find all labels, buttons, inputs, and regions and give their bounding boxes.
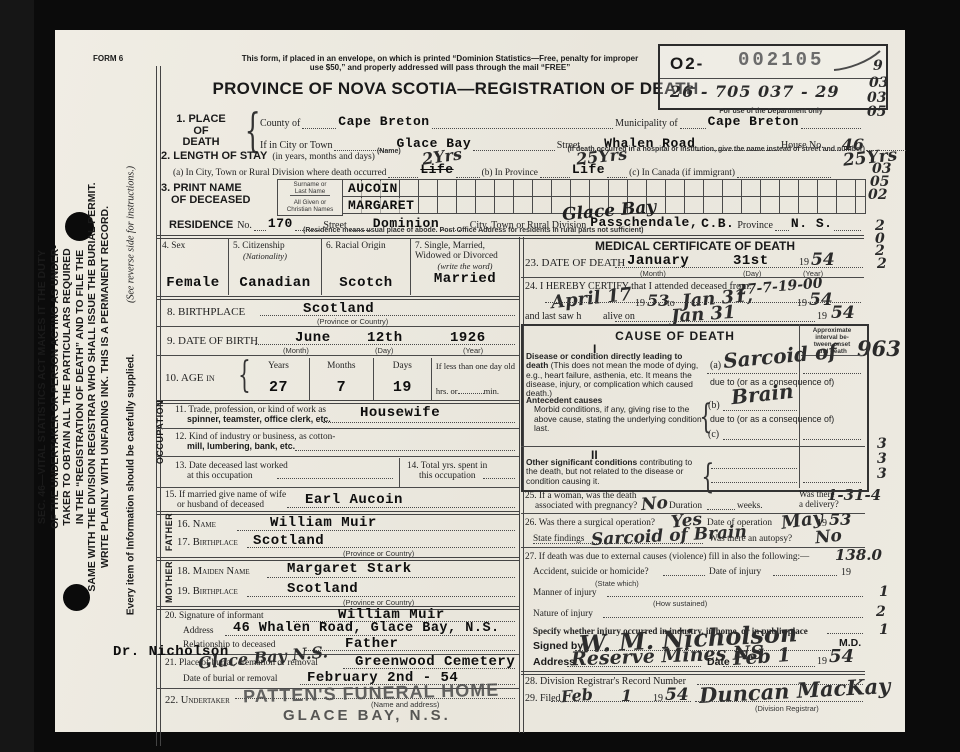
residence-no-label: No.: [237, 220, 252, 231]
certify-pre2: 19: [797, 298, 807, 309]
age-less1: If less than one day old: [436, 361, 515, 371]
age-days-caption: Days: [393, 361, 412, 371]
form-title: PROVINCE OF NOVA SCOTIA—REGISTRATION OF …: [183, 79, 728, 99]
rule: [156, 326, 519, 327]
scanned-death-registration: FORM 6 SEC. 46—VITAL STATISTICS ACT MAKE…: [0, 0, 960, 752]
surname-value: AUCOIN: [348, 181, 398, 196]
sex-label: 4. Sex: [162, 241, 224, 251]
cause-a-label: (a): [710, 360, 721, 371]
statute-line: SEC. 46—VITAL STATISTICS ACT MAKES IT TH…: [36, 127, 49, 647]
sex-value: Female: [166, 275, 219, 291]
city-name-caption: (Name): [377, 148, 401, 155]
citizenship-value: Canadian: [239, 275, 310, 291]
county-label: County of: [260, 118, 300, 129]
residence-cb-value: C.B.: [701, 216, 734, 231]
filed-day-hand: 1: [621, 686, 632, 705]
statute-line: WRITE PLAINLY WITH UNFADING INK. THIS IS…: [99, 127, 112, 647]
margin-code: 1: [879, 622, 889, 638]
filed-year-hand: 54: [665, 685, 689, 705]
age-months-value: 7: [337, 379, 347, 396]
doctor-margin-note: Dr. Nicholson: [113, 644, 229, 660]
birthplace-label: 8. BIRTHPLACE: [167, 306, 245, 318]
accident-label: Accident, suicide or homicide?: [533, 567, 649, 577]
age-months-cell: Months 7: [310, 358, 374, 400]
medical-certificate-heading: MEDICAL CERTIFICATE OF DEATH: [575, 239, 815, 253]
age-lessday-cell: If less than one day old hrs. ormin.: [432, 358, 519, 400]
division-registrar-caption: (Division Registrar): [755, 704, 819, 713]
signed-year-pre: 19: [817, 656, 827, 667]
residence-no-value: 170: [268, 216, 293, 231]
cause-heading: CAUSE OF DEATH: [555, 329, 795, 343]
father-group-label: FATHER: [164, 504, 176, 560]
margin-code: 3: [877, 436, 887, 452]
county-value: Cape Breton: [338, 114, 429, 129]
spouse-label2: or husband of deceased: [177, 500, 264, 510]
rule: [156, 400, 519, 404]
margin-code: 138.0: [835, 546, 882, 564]
marital-value: Married: [434, 271, 496, 287]
cause-due2-label: due to (or as a consequence of): [710, 414, 834, 424]
print-name-l1: 3. PRINT NAME: [161, 182, 250, 194]
supplied-note: Every item of Information should be care…: [126, 354, 137, 615]
statute-line: TAKER TO OBTAIN ALL THE PARTICULARS REQU…: [61, 127, 74, 647]
spouse-label1: 15. If married give name of wife: [165, 490, 286, 500]
injury-date-pre: 19: [841, 567, 851, 578]
vitals-row: 4. Sex Female 5. Citizenship (Nationalit…: [158, 238, 519, 295]
print-name-l2: OF DECEASED: [161, 194, 250, 206]
certify-pre3: 19: [817, 311, 827, 322]
registrar-signature: Duncan MacKay: [698, 673, 890, 708]
department-box: O2- 002105 26 - 705 037 - 29: [658, 44, 888, 110]
cause-c-label: (c): [708, 429, 719, 440]
occ14-label1: 14. Total yrs. spent in: [407, 461, 487, 471]
birthplace-caption: (Province or Country): [317, 317, 388, 326]
department-file-number: 26 - 705 037 - 29: [670, 82, 839, 101]
racial-origin-label: 6. Racial Origin: [326, 241, 406, 251]
certify-last-year: 54: [831, 303, 855, 323]
serial-number: 002105: [738, 49, 824, 71]
citizenship-sub: (Nationality): [233, 251, 317, 261]
autopsy-value: No: [814, 526, 843, 549]
sex-cell: 4. Sex Female: [158, 238, 229, 295]
occ13-label2: at this occupation: [187, 471, 253, 481]
dob-year-caption: (Year): [463, 346, 483, 355]
rule: [156, 296, 519, 300]
dod-label: 23. DATE OF DEATH: [525, 257, 625, 269]
state-which-caption: (State which): [595, 579, 639, 588]
print-name-label: 3. PRINT NAME OF DECEASED: [161, 182, 250, 206]
mother-group-label: MOTHER: [164, 554, 176, 610]
rule: [156, 456, 519, 457]
surname-comb-row: [342, 179, 866, 197]
rule: [521, 446, 865, 447]
marital-label1: 7. Single, Married,: [415, 241, 515, 251]
place-county-row: County of Cape Breton Municipality of Ca…: [260, 114, 863, 129]
autopsy-label: Was there an autopsy?: [709, 534, 792, 544]
stay-a-value: Life 2Yrs: [420, 160, 453, 178]
margin-code: 1: [879, 584, 889, 600]
age-months-caption: Months: [327, 361, 355, 371]
place-of-death-label: 1. PLACE OF DEATH: [161, 114, 241, 149]
disease-rest: (This does not mean the mode of dying, e…: [526, 360, 698, 398]
occ14-label2: this occupation: [419, 471, 476, 481]
stay-b-value: Life 25Yrs: [572, 160, 605, 178]
how-sustained-caption: (How sustained): [653, 599, 707, 608]
rule: [156, 355, 519, 356]
cause-b-label: (b): [708, 400, 720, 411]
occupation-group-label: OCCUPATION: [155, 390, 167, 474]
stay-b-label: (b) In Province: [482, 168, 538, 178]
age-years-cell: Years 27: [248, 358, 310, 400]
rule: [521, 671, 865, 675]
mailing-notice-line2: use $50,” and properly addressed will pa…: [205, 63, 675, 72]
residence-province-label: Province: [737, 220, 773, 231]
age-years-caption: Years: [268, 361, 289, 371]
filed-month-hand: Feb: [560, 685, 593, 707]
rule: [521, 547, 865, 548]
racial-origin-value: Scotch: [339, 275, 392, 291]
pregnancy-label1: 25. If a woman, was the death: [525, 491, 637, 501]
stay-a-label: (a) In City, Town or Rural Division wher…: [173, 168, 386, 178]
occ12-label2: mill, lumbering, bank, etc.: [187, 441, 295, 451]
form-number: FORM 6: [93, 54, 123, 63]
undertaker-stamp: PATTEN'S FUNERAL HOME: [243, 680, 500, 708]
mother-name-label: 18. Maiden Name: [177, 566, 250, 577]
age-cells: Years 27 Months 7 Days 19 If less than o…: [248, 358, 519, 400]
stay-c-label: (c) In Canada (if immigrant): [629, 168, 735, 178]
filed-year-pre: 19: [653, 693, 663, 704]
dob-day-caption: (Day): [375, 346, 393, 355]
spouse-value: Earl Aucoin: [305, 492, 403, 508]
marital-label2: Widowed or Divorced: [415, 251, 515, 261]
place-brace: {: [245, 107, 261, 153]
age-days-value: 19: [393, 379, 412, 396]
age-years-value: 27: [269, 379, 288, 396]
disease-description: Disease or condition directly leading to…: [526, 352, 706, 398]
surname-caption: Surname or Last Name: [278, 181, 342, 196]
occ13-14-divider: [399, 458, 400, 487]
statute-line: OF THE UNDERTAKER OR PERSON ACTING AS UN…: [49, 127, 62, 647]
informant-label: 20. Signature of informant: [165, 611, 264, 621]
father-name-value: William Muir: [270, 515, 377, 531]
certify-to-year: 54: [809, 290, 833, 310]
father-name-label: 16. Name: [177, 519, 216, 530]
stay-row: (a) In City, Town or Rural Division wher…: [173, 160, 833, 178]
margin-code: 2: [876, 604, 886, 620]
manner-label: Manner of injury: [533, 588, 597, 598]
margin-code: 3: [877, 451, 887, 467]
certify-last1: and last saw h: [525, 311, 581, 322]
informant-address-value: 46 Whalen Road, Glace Bay, N.S.: [233, 621, 500, 636]
informant-address-label: Address: [183, 626, 213, 636]
margin-code: 05: [867, 104, 886, 120]
residence-province-value: N. S.: [791, 216, 833, 231]
filed-label: 29. Filed: [525, 693, 561, 704]
citizenship-cell: 5. Citizenship (Nationality) Canadian: [229, 238, 322, 295]
mailing-notice-line1: This form, if placed in an envelope, on …: [205, 54, 675, 63]
marital-sub: (write the word): [415, 261, 515, 271]
stay-b-hand: 25Yrs: [575, 144, 628, 168]
margin-code: 03: [869, 75, 888, 91]
antecedent-rest: Morbid conditions, if any, giving rise t…: [526, 405, 704, 433]
place-label-l3: DEATH: [161, 137, 241, 149]
operation-label: 26. Was there a surgical operation?: [525, 518, 655, 528]
residence-label: RESIDENCE: [169, 219, 233, 231]
certify-pre1: 19: [635, 298, 645, 309]
occ13-label1: 13. Date deceased last worked: [175, 461, 288, 471]
margin-code: 9: [873, 58, 883, 74]
margin-code: 3: [877, 466, 887, 482]
age-less2: hrs. ormin.: [436, 386, 515, 396]
external-label: 27. If death was due to external causes …: [525, 551, 809, 561]
undertaker-stamp-city: GLACE BAY, N.S.: [283, 707, 451, 724]
given-names-value: MARGARET: [348, 198, 414, 213]
signed-year: 54: [829, 646, 854, 667]
citizenship-label: 5. Citizenship: [233, 241, 317, 251]
occ11-value: Housewife: [360, 405, 440, 421]
serial-prefix: O2-: [670, 54, 704, 74]
mother-name-value: Margaret Stark: [287, 561, 412, 577]
record-number-label: 28. Division Registrar's Record Number: [525, 676, 686, 687]
margin-code: 2: [877, 256, 887, 272]
given-names-caption: All Given or Christian Names: [278, 199, 342, 213]
other-brace: {: [701, 460, 714, 494]
scan-left-edge: [0, 0, 34, 752]
marital-status-cell: 7. Single, Married, Widowed or Divorced …: [411, 238, 519, 295]
pregnancy-value: No: [640, 493, 669, 515]
occ11-label2: spinner, teamster, office clerk, etc.: [187, 414, 331, 424]
other-conditions-description: Other significant conditions contributin…: [526, 458, 701, 486]
margin-code: 02: [868, 187, 887, 203]
municipality-value: Cape Breton: [708, 114, 799, 129]
pregnancy-label2: associated with pregnancy?: [535, 501, 637, 511]
certify-from-year: 53: [647, 291, 669, 310]
rule: [156, 487, 519, 488]
antecedent-description: Antecedent causes Morbid conditions, if …: [526, 396, 704, 433]
form-page: FORM 6 SEC. 46—VITAL STATISTICS ACT MAKE…: [55, 30, 905, 732]
dob-month-caption: (Month): [283, 346, 309, 355]
sidebar-notes-vertical: Every item of Information should be care…: [126, 141, 141, 641]
mother-birthplace-label: 19. Birthplace: [177, 586, 238, 597]
undertaker-label: 22. Undertaker: [165, 695, 230, 706]
statute-line: IN THE “REGISTRATION OF DEATH” AND TO FI…: [74, 127, 87, 647]
place-label-l1: 1. PLACE: [161, 114, 241, 126]
statute-notice-vertical: SEC. 46—VITAL STATISTICS ACT MAKES IT TH…: [36, 127, 114, 647]
rule: [156, 428, 519, 429]
name-type-labels: Surname or Last Name All Given or Christ…: [277, 179, 343, 216]
injury-date-label: Date of injury: [709, 567, 761, 577]
age-label: 10. AGE in: [165, 372, 215, 384]
age-days-cell: Days 19: [374, 358, 432, 400]
burial-date-label: Date of burial or removal: [183, 674, 277, 684]
father-birthplace-label: 17. Birthplace: [177, 537, 238, 548]
delivery-label1: Was there: [799, 489, 835, 499]
mother-birthplace-value: Scotland: [287, 581, 358, 597]
municipality-label: Municipality of: [615, 118, 678, 129]
weeks-label: weeks.: [737, 501, 763, 511]
statute-line: SAME WITH THE DIVISION REGISTRAR WHO SHA…: [86, 127, 99, 647]
racial-origin-cell: 6. Racial Origin Scotch: [322, 238, 411, 295]
hospital-note: (If death occurred in a hospital or inst…: [503, 146, 865, 153]
dob-label: 9. DATE OF BIRTH: [167, 335, 258, 347]
residence-caption: (Residence means usual place of abode. P…: [303, 227, 644, 234]
nature-label: Nature of injury: [533, 609, 593, 619]
reverse-side-note: (See reverse side for instructions.): [126, 166, 137, 303]
